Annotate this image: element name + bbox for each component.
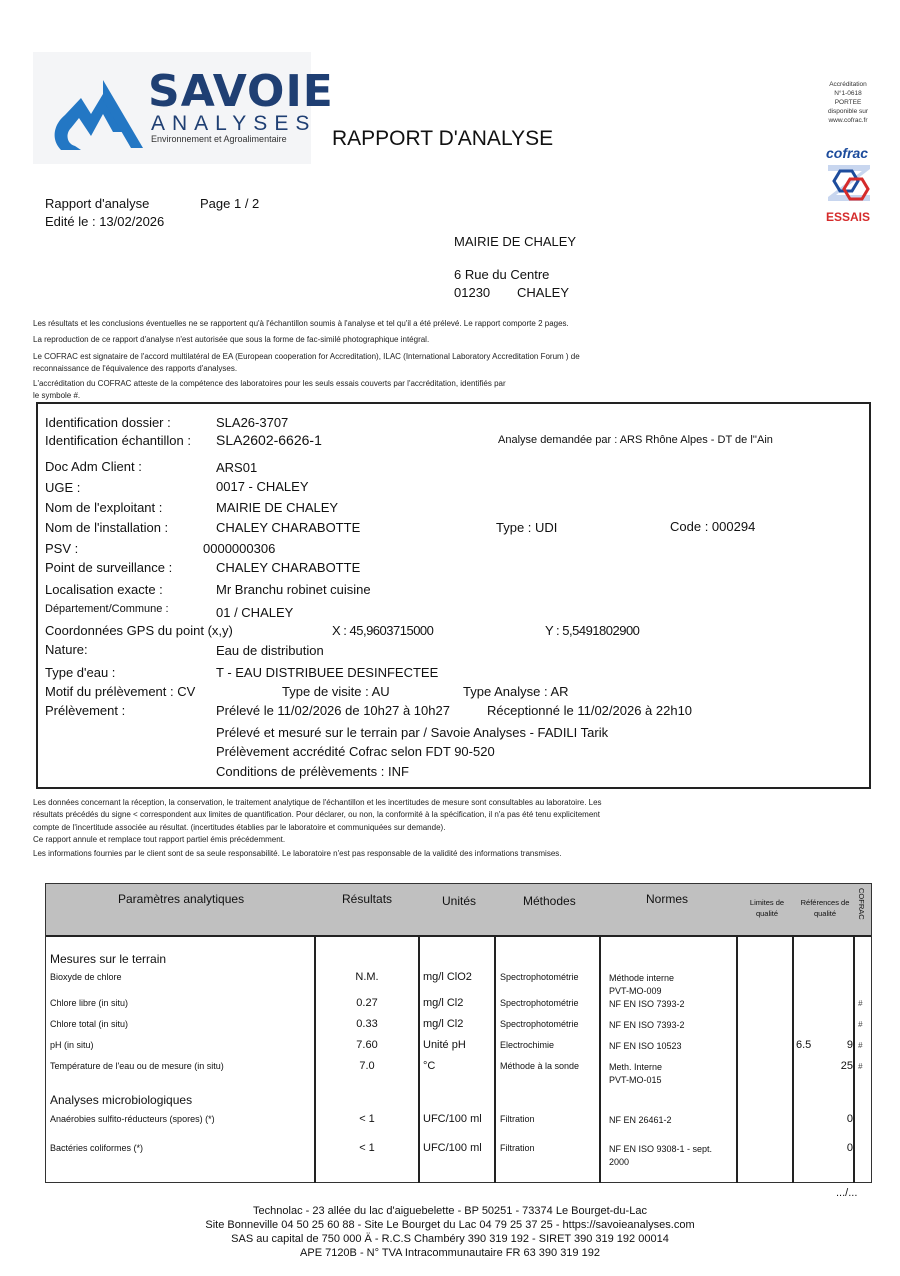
installation-type: Type : UDI [496,520,557,535]
accreditation-line: www.cofrac.fr [815,116,881,125]
result-value: < 1 [316,1142,418,1154]
gps-label: Coordonnées GPS du point (x,y) [45,623,233,638]
param-name: Bioxyde de chlore [50,972,122,982]
note-line: Les données concernant la réception, la … [33,798,602,807]
footer-line: Technolac - 23 allée du lac d'aiguebelet… [0,1205,900,1217]
result-value: N.M. [316,971,418,983]
norm: NF EN ISO 10523 [609,1040,682,1053]
header-refs: Références de qualité [798,897,852,919]
note-line: résultats précédés du signe < correspond… [33,810,600,819]
disclaimer-line: le symbole #. [33,391,80,400]
method: Spectrophotométrie [500,1019,579,1029]
param-name: Chlore libre (in situ) [50,998,128,1008]
svg-text:cofrac: cofrac [826,145,868,161]
continuation-mark: .../... [836,1187,857,1199]
disclaimer-line: Les résultats et les conclusions éventue… [33,319,569,328]
ref-max: 0 [806,1113,853,1125]
exploitant-label: Nom de l'exploitant : [45,500,162,515]
accreditation-line: Accréditation [815,80,881,89]
param-name: pH (in situ) [50,1040,94,1050]
doc-adm-label: Doc Adm Client : [45,459,142,474]
edited-date: Edité le : 13/02/2026 [45,214,164,229]
nature-value: Eau de distribution [216,643,324,658]
param-name: Température de l'eau ou de mesure (in si… [50,1061,224,1071]
motif-prelevement: Motif du prélèvement : CV [45,684,195,699]
nature-label: Nature: [45,642,88,657]
doc-adm-value: ARS01 [216,460,257,475]
echantillon-value: SLA2602-6626-1 [216,432,322,448]
document-title: RAPPORT D'ANALYSE [332,127,553,151]
result-value: 0.33 [316,1018,418,1030]
method: Spectrophotométrie [500,972,579,982]
norm: Méthode interne PVT-MO-009 [609,972,674,998]
method: Filtration [500,1114,535,1124]
type-eau-label: Type d'eau : [45,665,115,680]
cofrac-mark: # [858,999,862,1008]
unit: UFC/100 ml [423,1113,482,1125]
method: Electrochimie [500,1040,554,1050]
unit: Unité pH [423,1039,466,1051]
mountain-drop-logo-icon [51,70,161,160]
result-value: 0.27 [316,997,418,1009]
cofrac-mark: # [858,1041,862,1050]
result-value: 7.60 [316,1039,418,1051]
psv-value: 0000000306 [203,541,275,556]
logo-tagline: Environnement et Agroalimentaire [151,134,287,144]
page-number: Page 1 / 2 [200,196,259,211]
company-logo: SAVOIE ANALYSES Environnement et Agroali… [33,52,311,164]
cofrac-mark: # [858,1020,862,1029]
disclaimer-line: L'accréditation du COFRAC atteste de la … [33,379,506,388]
norm: NF EN ISO 7393-2 [609,998,685,1011]
unit: °C [423,1060,435,1072]
method: Filtration [500,1143,535,1153]
unit: mg/l Cl2 [423,1018,463,1030]
footer-line: APE 7120B - N° TVA Intracommunautaire FR… [0,1247,900,1259]
disclaimer-line: La reproduction de ce rapport d'analyse … [33,335,429,344]
localisation-value: Mr Branchu robinet cuisine [216,582,371,597]
recipient-postcode: 01230 [454,285,490,300]
unit: mg/l Cl2 [423,997,463,1009]
ref-max: 25 [806,1060,853,1072]
prelevement-accredite: Prélèvement accrédité Cofrac selon FDT 9… [216,744,495,759]
accreditation-line: PORTEE [815,98,881,107]
header-result: Résultats [342,892,392,906]
unit: mg/l ClO2 [423,971,472,983]
point-value: CHALEY CHARABOTTE [216,560,360,575]
accreditation-line: N°1-0618 [815,89,881,98]
uge-value: 0017 - CHALEY [216,479,309,494]
type-visite: Type de visite : AU [282,684,390,699]
header-method: Méthodes [523,894,576,908]
exploitant-value: MAIRIE DE CHALEY [216,500,338,515]
requested-by: Analyse demandée par : ARS Rhône Alpes -… [498,434,773,446]
installation-code: Code : 000294 [670,519,755,534]
disclaimer-line: reconnaissance de l'équivalence des rapp… [33,364,237,373]
logo-sub: ANALYSES [151,113,316,135]
echantillon-label: Identification échantillon : [45,433,191,448]
ref-max: 9 [806,1039,853,1051]
norm: NF EN ISO 9308-1 - sept. 2000 [609,1143,712,1169]
method: Spectrophotométrie [500,998,579,1008]
footer-line: SAS au capital de 750 000 Ä - R.C.S Cham… [0,1233,900,1245]
section-title: Analyses microbiologiques [50,1093,192,1107]
recipient-street: 6 Rue du Centre [454,267,549,282]
conditions-prelevement: Conditions de prélèvements : INF [216,764,409,779]
results-table: Paramètres analytiques Résultats Unités … [45,883,872,1183]
receptionne-date: Réceptionné le 11/02/2026 à 22h10 [487,703,692,718]
installation-label: Nom de l'installation : [45,520,168,535]
svg-text:ESSAIS: ESSAIS [826,210,870,223]
logo-brand: SAVOIE [148,70,334,114]
dossier-label: Identification dossier : [45,415,171,430]
header-cofrac: COFRAC [857,888,866,920]
footer-line: Site Bonneville 04 50 25 60 88 - Site Le… [0,1219,900,1231]
cofrac-essais-logo-icon: cofrac ESSAIS [826,145,872,223]
installation-value: CHALEY CHARABOTTE [216,520,360,535]
result-value: < 1 [316,1113,418,1125]
recipient-name: MAIRIE DE CHALEY [454,234,576,249]
accreditation-note: Accréditation N°1-0618 PORTEE disponible… [815,80,881,125]
ref-max: 0 [806,1142,853,1154]
gps-x: X : 45,9603715000 [332,623,433,638]
note-line: Les informations fournies par le client … [33,849,561,858]
header-norm: Normes [646,892,688,906]
header-unit: Unités [442,894,476,908]
norm: NF EN 26461-2 [609,1114,672,1127]
header-limits: Limites de qualité [742,897,792,919]
preleve-date: Prélevé le 11/02/2026 de 10h27 à 10h27 [216,703,450,718]
result-value: 7.0 [316,1060,418,1072]
method: Méthode à la sonde [500,1061,579,1071]
note-line: compte de l'incertitude associée au résu… [33,823,445,832]
note-line: Ce rapport annule et remplace tout rappo… [33,835,285,844]
disclaimer-line: Le COFRAC est signataire de l'accord mul… [33,352,580,361]
report-label: Rapport d'analyse [45,196,149,211]
unit: UFC/100 ml [423,1142,482,1154]
psv-label: PSV : [45,541,78,556]
norm: NF EN ISO 7393-2 [609,1019,685,1032]
param-name: Chlore total (in situ) [50,1019,128,1029]
localisation-label: Localisation exacte : [45,582,163,597]
type-eau-value: T - EAU DISTRIBUEE DESINFECTEE [216,665,438,680]
header-param: Paramètres analytiques [118,892,244,906]
accreditation-line: disponible sur [815,107,881,116]
param-name: Bactéries coliformes (*) [50,1143,143,1153]
departement-value: 01 / CHALEY [216,605,293,620]
norm: Meth. Interne PVT-MO-015 [609,1061,662,1087]
mesure-par: Prélevé et mesuré sur le terrain par / S… [216,725,608,740]
uge-label: UGE : [45,480,80,495]
section-title: Mesures sur le terrain [50,952,166,966]
cofrac-mark: # [858,1062,862,1071]
prelevement-label: Prélèvement : [45,703,125,718]
departement-label: Département/Commune : [45,603,169,615]
type-analyse: Type Analyse : AR [463,684,569,699]
recipient-city: CHALEY [517,285,569,300]
dossier-value: SLA26-3707 [216,415,288,430]
point-label: Point de surveillance : [45,560,172,575]
gps-y: Y : 5,5491802900 [545,623,639,638]
param-name: Anaérobies sulfito-réducteurs (spores) (… [50,1114,215,1124]
